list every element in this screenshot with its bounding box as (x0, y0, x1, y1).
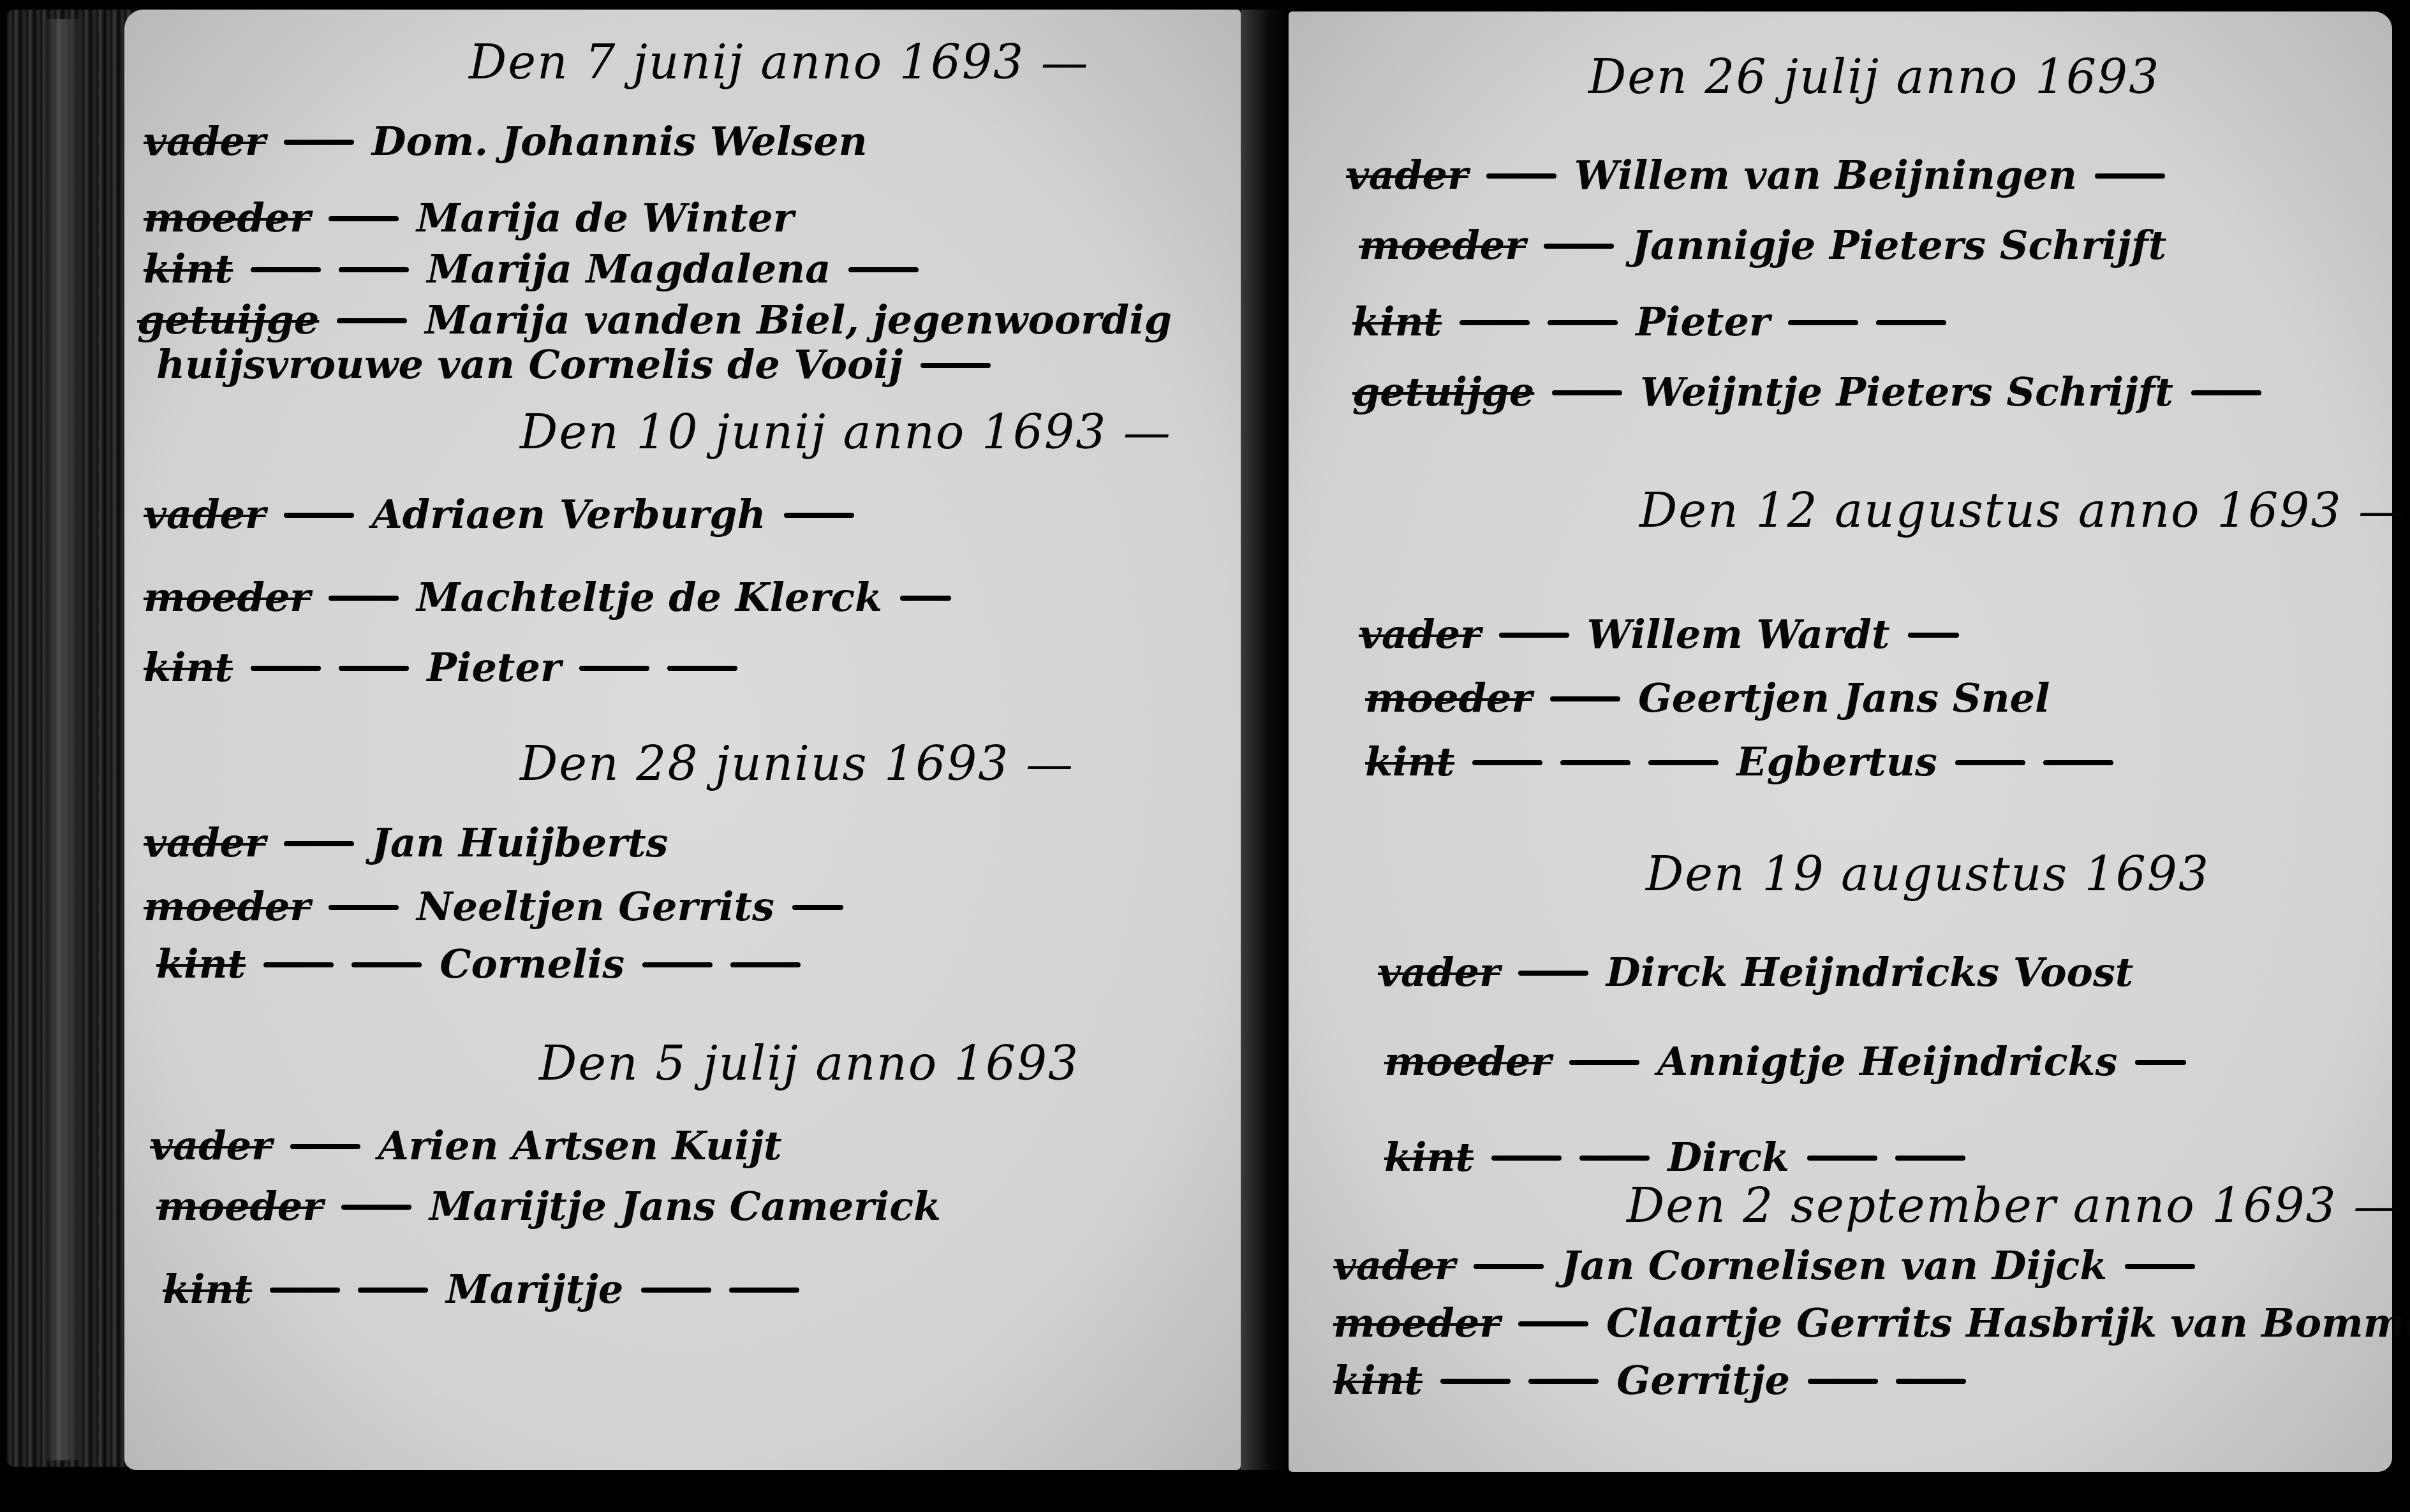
role-label: getuijge (1352, 369, 1534, 415)
dash (1544, 244, 1614, 249)
person-name: Marija vanden Biel, jegenwoordig (425, 297, 1172, 343)
person-name: huijsvrouwe van Cornelis de Vooij (156, 341, 903, 388)
dash (729, 1288, 799, 1293)
entry-line-witness: getuijge Weijntje Pieters Schrijft (1352, 369, 2261, 415)
person-name: Neeltjen Gerrits (417, 883, 774, 930)
person-name: Pieter (1636, 298, 1770, 345)
entry-date: Den 28 junius 1693 — (520, 737, 1074, 791)
person-name: Willem Wardt (1587, 611, 1890, 657)
entry-line-father: vader Dirck Heijndricks Voost (1378, 949, 2133, 995)
person-name: Egbertus (1736, 738, 1937, 785)
dash (1440, 1379, 1511, 1384)
person-name: Dirck Heijndricks Voost (1606, 949, 2134, 995)
dash (1552, 390, 1622, 395)
person-name: Pieter (427, 644, 561, 691)
dash (263, 962, 334, 967)
dash (358, 1288, 428, 1293)
person-name: Arien Artsen Kuijt (378, 1122, 782, 1169)
entry-line-child: kint Marijtje (163, 1266, 799, 1312)
dash (1808, 1379, 1878, 1384)
dash (920, 363, 991, 368)
person-name: Claartje Gerrits Hasbrijk van Bommel (1606, 1300, 2410, 1346)
role-label: kint (1352, 298, 1442, 345)
role-label: moeder (1384, 1038, 1551, 1085)
dash (1460, 320, 1530, 325)
dash (251, 666, 321, 671)
person-name: Cornelis (440, 941, 625, 987)
entry-date: Den 7 junij anno 1693 — (469, 35, 1090, 90)
role-label: vader (150, 1122, 272, 1169)
dash (579, 666, 649, 671)
dash (1491, 1156, 1562, 1161)
entry-line-mother: moeder Neeltjen Gerrits (144, 883, 843, 930)
dash (641, 1288, 711, 1293)
role-label: kint (156, 941, 246, 987)
dash (1955, 760, 2025, 765)
entry-line-mother: moeder Machteltje de Klerck (144, 574, 951, 620)
dash (784, 513, 854, 518)
entry-line-father: vader Willem Wardt (1359, 611, 1959, 657)
dash (329, 596, 399, 601)
person-name: Jan Huijberts (372, 819, 669, 866)
dash (900, 596, 951, 601)
dash (730, 962, 801, 967)
person-name: Geertjen Jans Snel (1638, 675, 2050, 721)
person-name: Gerritje (1616, 1357, 1790, 1404)
dash (2135, 1060, 2186, 1065)
role-label: moeder (144, 574, 311, 620)
role-label: vader (144, 118, 266, 165)
entry-line-mother: moeder Annigtje Heijndricks (1384, 1038, 2186, 1085)
dash (339, 666, 409, 671)
role-label: kint (1333, 1357, 1423, 1404)
dash (1807, 1156, 1877, 1161)
dash (1896, 1379, 1966, 1384)
role-label: moeder (1365, 675, 1532, 721)
role-label: moeder (144, 195, 311, 241)
entry-date: Den 5 julij anno 1693 (539, 1036, 1079, 1091)
entry-line-father: vader Jan Huijberts (144, 819, 669, 866)
person-name: Marijtje (446, 1266, 623, 1312)
dash (1788, 320, 1858, 325)
entry-line-witness: getuijge Marija vanden Biel, jegenwoordi… (137, 297, 1172, 343)
role-label: moeder (144, 883, 311, 930)
dash (284, 841, 354, 846)
role-label: vader (144, 491, 266, 538)
role-label: vader (1378, 949, 1500, 995)
entry-line-father: vader Willem van Beijningen (1346, 152, 2165, 198)
dash (1550, 696, 1620, 701)
entry-date: Den 12 augustus anno 1693 — (1639, 483, 2407, 538)
entry-line-child: kint Gerritje (1333, 1357, 1966, 1404)
entry-date: Den 19 augustus 1693 (1646, 847, 2210, 902)
role-label: vader (144, 819, 266, 866)
dash (290, 1144, 360, 1149)
dash (1648, 760, 1719, 765)
person-name: Dirck (1667, 1134, 1789, 1180)
dash (270, 1288, 340, 1293)
dash (284, 513, 354, 518)
dash (1560, 760, 1630, 765)
person-name: Marija de Winter (417, 195, 794, 241)
left-page: Den 7 junij anno 1693 — vader Dom. Johan… (124, 10, 1241, 1470)
entry-line-father: vader Jan Cornelisen van Dijck (1333, 1242, 2195, 1289)
dash (251, 267, 321, 272)
entry-line-child: kint Marija Magdalena (144, 246, 919, 292)
entry-line-witness-continued: huijsvrouwe van Cornelis de Vooij (156, 341, 991, 388)
dash (1518, 971, 1588, 976)
dash (2043, 760, 2113, 765)
role-label: getuijge (137, 297, 319, 343)
role-label: kint (144, 644, 233, 691)
dash (792, 905, 843, 910)
dash (1486, 173, 1556, 179)
entry-line-child: kint Pieter (1352, 298, 1946, 345)
dash (1579, 1156, 1650, 1161)
entry-line-mother: moeder Marija de Winter (144, 195, 794, 241)
dash (2125, 1264, 2195, 1269)
dash (2191, 390, 2261, 395)
dash (642, 962, 713, 967)
entry-line-child: kint Cornelis (156, 941, 801, 987)
dash (848, 267, 919, 272)
dash (329, 216, 399, 221)
dash (1876, 320, 1946, 325)
dash (1908, 633, 1959, 638)
dash (1499, 633, 1569, 638)
book-gutter (1241, 10, 1289, 1470)
entry-date: Den 10 junij anno 1693 — (520, 405, 1172, 460)
dash (339, 267, 409, 272)
dash (1518, 1321, 1588, 1326)
entry-line-child: kint Egbertus (1365, 738, 2113, 785)
entry-line-mother: moeder Jannigje Pieters Schrijft (1359, 222, 2166, 268)
dash (2095, 173, 2165, 179)
dash (351, 962, 422, 967)
dash (1895, 1156, 1965, 1161)
entry-line-father: vader Dom. Johannis Welsen (144, 118, 868, 165)
role-label: moeder (156, 1183, 323, 1229)
dash (341, 1205, 411, 1210)
person-name: Annigtje Heijndricks (1657, 1038, 2118, 1085)
person-name: Willem van Beijningen (1574, 152, 2077, 198)
dash (1472, 760, 1542, 765)
role-label: kint (163, 1266, 252, 1312)
person-name: Dom. Johannis Welsen (372, 118, 868, 165)
dash (667, 666, 737, 671)
entry-line-father: vader Arien Artsen Kuijt (150, 1122, 782, 1169)
entry-line-mother: moeder Claartje Gerrits Hasbrijk van Bom… (1333, 1300, 2410, 1346)
dash (337, 318, 407, 323)
dash (284, 140, 354, 145)
dash (329, 905, 399, 910)
entry-line-mother: moeder Marijtje Jans Camerick (156, 1183, 941, 1229)
dash (1474, 1264, 1544, 1269)
role-label: vader (1346, 152, 1468, 198)
person-name: Jannigje Pieters Schrijft (1632, 222, 2166, 268)
entry-date: Den 26 julij anno 1693 (1588, 50, 2160, 105)
dash (1548, 320, 1618, 325)
person-name: Marija Magdalena (427, 246, 831, 292)
entry-line-mother: moeder Geertjen Jans Snel (1365, 675, 2050, 721)
role-label: kint (1384, 1134, 1474, 1180)
entry-line-child: kint Dirck (1384, 1134, 1965, 1180)
entry-date: Den 2 september anno 1693 — (1627, 1178, 2402, 1233)
dash (1569, 1060, 1639, 1065)
role-label: moeder (1333, 1300, 1500, 1346)
entry-line-child: kint Pieter (144, 644, 737, 691)
person-name: Machteltje de Klerck (417, 574, 882, 620)
book-page-edges-highlight (45, 19, 83, 1460)
person-name: Marijtje Jans Camerick (429, 1183, 941, 1229)
person-name: Adriaen Verburgh (372, 491, 766, 538)
role-label: kint (144, 246, 233, 292)
role-label: vader (1359, 611, 1481, 657)
entry-line-father: vader Adriaen Verburgh (144, 491, 854, 538)
person-name: Weijntje Pieters Schrijft (1640, 369, 2173, 415)
role-label: moeder (1359, 222, 1526, 268)
right-page: Den 26 julij anno 1693 vader Willem van … (1289, 11, 2392, 1472)
role-label: vader (1333, 1242, 1456, 1289)
role-label: kint (1365, 738, 1454, 785)
dash (1528, 1379, 1599, 1384)
person-name: Jan Cornelisen van Dijck (1562, 1242, 2108, 1289)
